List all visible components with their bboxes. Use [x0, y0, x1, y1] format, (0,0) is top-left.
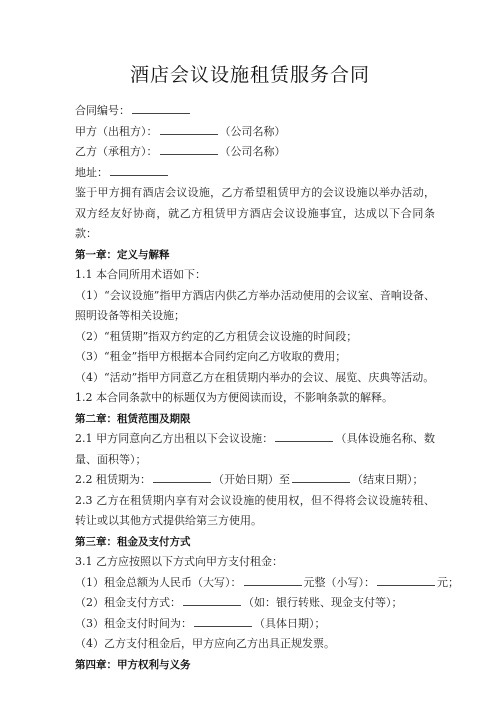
clause-3-1: 3.1 乙方应按照以下方式向甲方支付租金： — [75, 552, 435, 573]
clause-1-1: 1.1 本合同所用术语如下： — [75, 265, 435, 286]
payment-item-4: （4）乙方支付租金后，甲方应向乙方出具正规发票。 — [75, 634, 435, 655]
blank-line — [244, 574, 302, 586]
clause-text: （1）租金总额为人民币（大写）： — [75, 576, 242, 589]
clause-text: 元； — [437, 576, 459, 589]
definition-2: （2）“租赁期”指双方约定的乙方租赁会议设施的时间段； — [75, 327, 435, 348]
chapter-2-heading: 第二章：租赁范围及期限 — [75, 409, 435, 430]
payment-item-1: （1）租金总额为人民币（大写）：元整（小写）：元； — [75, 573, 435, 594]
clause-text: （结束日期）； — [352, 473, 424, 486]
field-suffix: （公司名称） — [220, 145, 286, 158]
clause-text: 元整（小写）： — [304, 576, 376, 589]
clause-text: 2.1 甲方同意向乙方出租以下会议设施： — [75, 432, 273, 445]
clause-2-3: 2.3 乙方在租赁期内享有对会议设施的使用权，但不得将会议设施转租、转让或以其他… — [75, 491, 435, 532]
clause-2-2: 2.2 租赁期为：（开始日期）至（结束日期）； — [75, 470, 435, 491]
blank-line — [292, 471, 350, 483]
clause-2-1: 2.1 甲方同意向乙方出租以下会议设施：（具体设施名称、数量、面积等）； — [75, 429, 435, 470]
definition-3: （3）“租金”指甲方根据本合同约定向乙方收取的费用； — [75, 347, 435, 368]
chapter-1-heading: 第一章：定义与解释 — [75, 245, 435, 266]
blank-line — [160, 123, 218, 135]
field-label: 地址： — [75, 166, 108, 179]
blank-line — [132, 102, 190, 114]
clause-text: （如：银行转账、现金支付等）； — [243, 596, 403, 609]
field-label: 合同编号： — [75, 104, 130, 117]
chapter-4-heading: 第四章：甲方权利与义务 — [75, 655, 435, 676]
blank-line — [377, 574, 435, 586]
address-field: 地址： — [75, 163, 435, 184]
blank-line — [160, 143, 218, 155]
clause-text: （2）租金支付方式： — [75, 596, 181, 609]
blank-line — [275, 430, 333, 442]
document-body: 合同编号： 甲方（出租方）：（公司名称） 乙方（承租方）：（公司名称） 地址： … — [75, 101, 435, 675]
contract-page: 酒店会议设施租赁服务合同 合同编号： 甲方（出租方）：（公司名称） 乙方（承租方… — [0, 0, 500, 707]
chapter-3-heading: 第三章：租金及支付方式 — [75, 532, 435, 553]
contract-number-field: 合同编号： — [75, 101, 435, 122]
payment-item-3: （3）租金支付时间为：（具体日期）； — [75, 614, 435, 635]
party-a-field: 甲方（出租方）：（公司名称） — [75, 122, 435, 143]
blank-line — [110, 164, 168, 176]
clause-1-2: 1.2 本合同条款中的标题仅为方便阅读而设，不影响条款的解释。 — [75, 388, 435, 409]
clause-text: （3）租金支付时间为： — [75, 617, 192, 630]
field-label: 甲方（出租方）： — [75, 125, 158, 138]
clause-text: （开始日期）至 — [213, 473, 290, 486]
document-title: 酒店会议设施租赁服务合同 — [0, 60, 500, 87]
payment-item-2: （2）租金支付方式：（如：银行转账、现金支付等）； — [75, 593, 435, 614]
field-label: 乙方（承租方）： — [75, 145, 158, 158]
clause-text: 2.2 租赁期为： — [75, 473, 151, 486]
preamble: 鉴于甲方拥有酒店会议设施，乙方希望租赁甲方的会议设施以举办活动，双方经友好协商，… — [75, 183, 435, 245]
definition-4: （4）“活动”指甲方同意乙方在租赁期内举办的会议、展览、庆典等活动。 — [75, 368, 435, 389]
blank-line — [194, 615, 252, 627]
clause-text: （具体日期）； — [254, 617, 326, 630]
blank-line — [183, 594, 241, 606]
blank-line — [153, 471, 211, 483]
party-b-field: 乙方（承租方）：（公司名称） — [75, 142, 435, 163]
definition-1: （1）“会议设施”指甲方酒店内供乙方举办活动使用的会议室、音响设备、照明设备等相… — [75, 286, 435, 327]
field-suffix: （公司名称） — [220, 125, 286, 138]
